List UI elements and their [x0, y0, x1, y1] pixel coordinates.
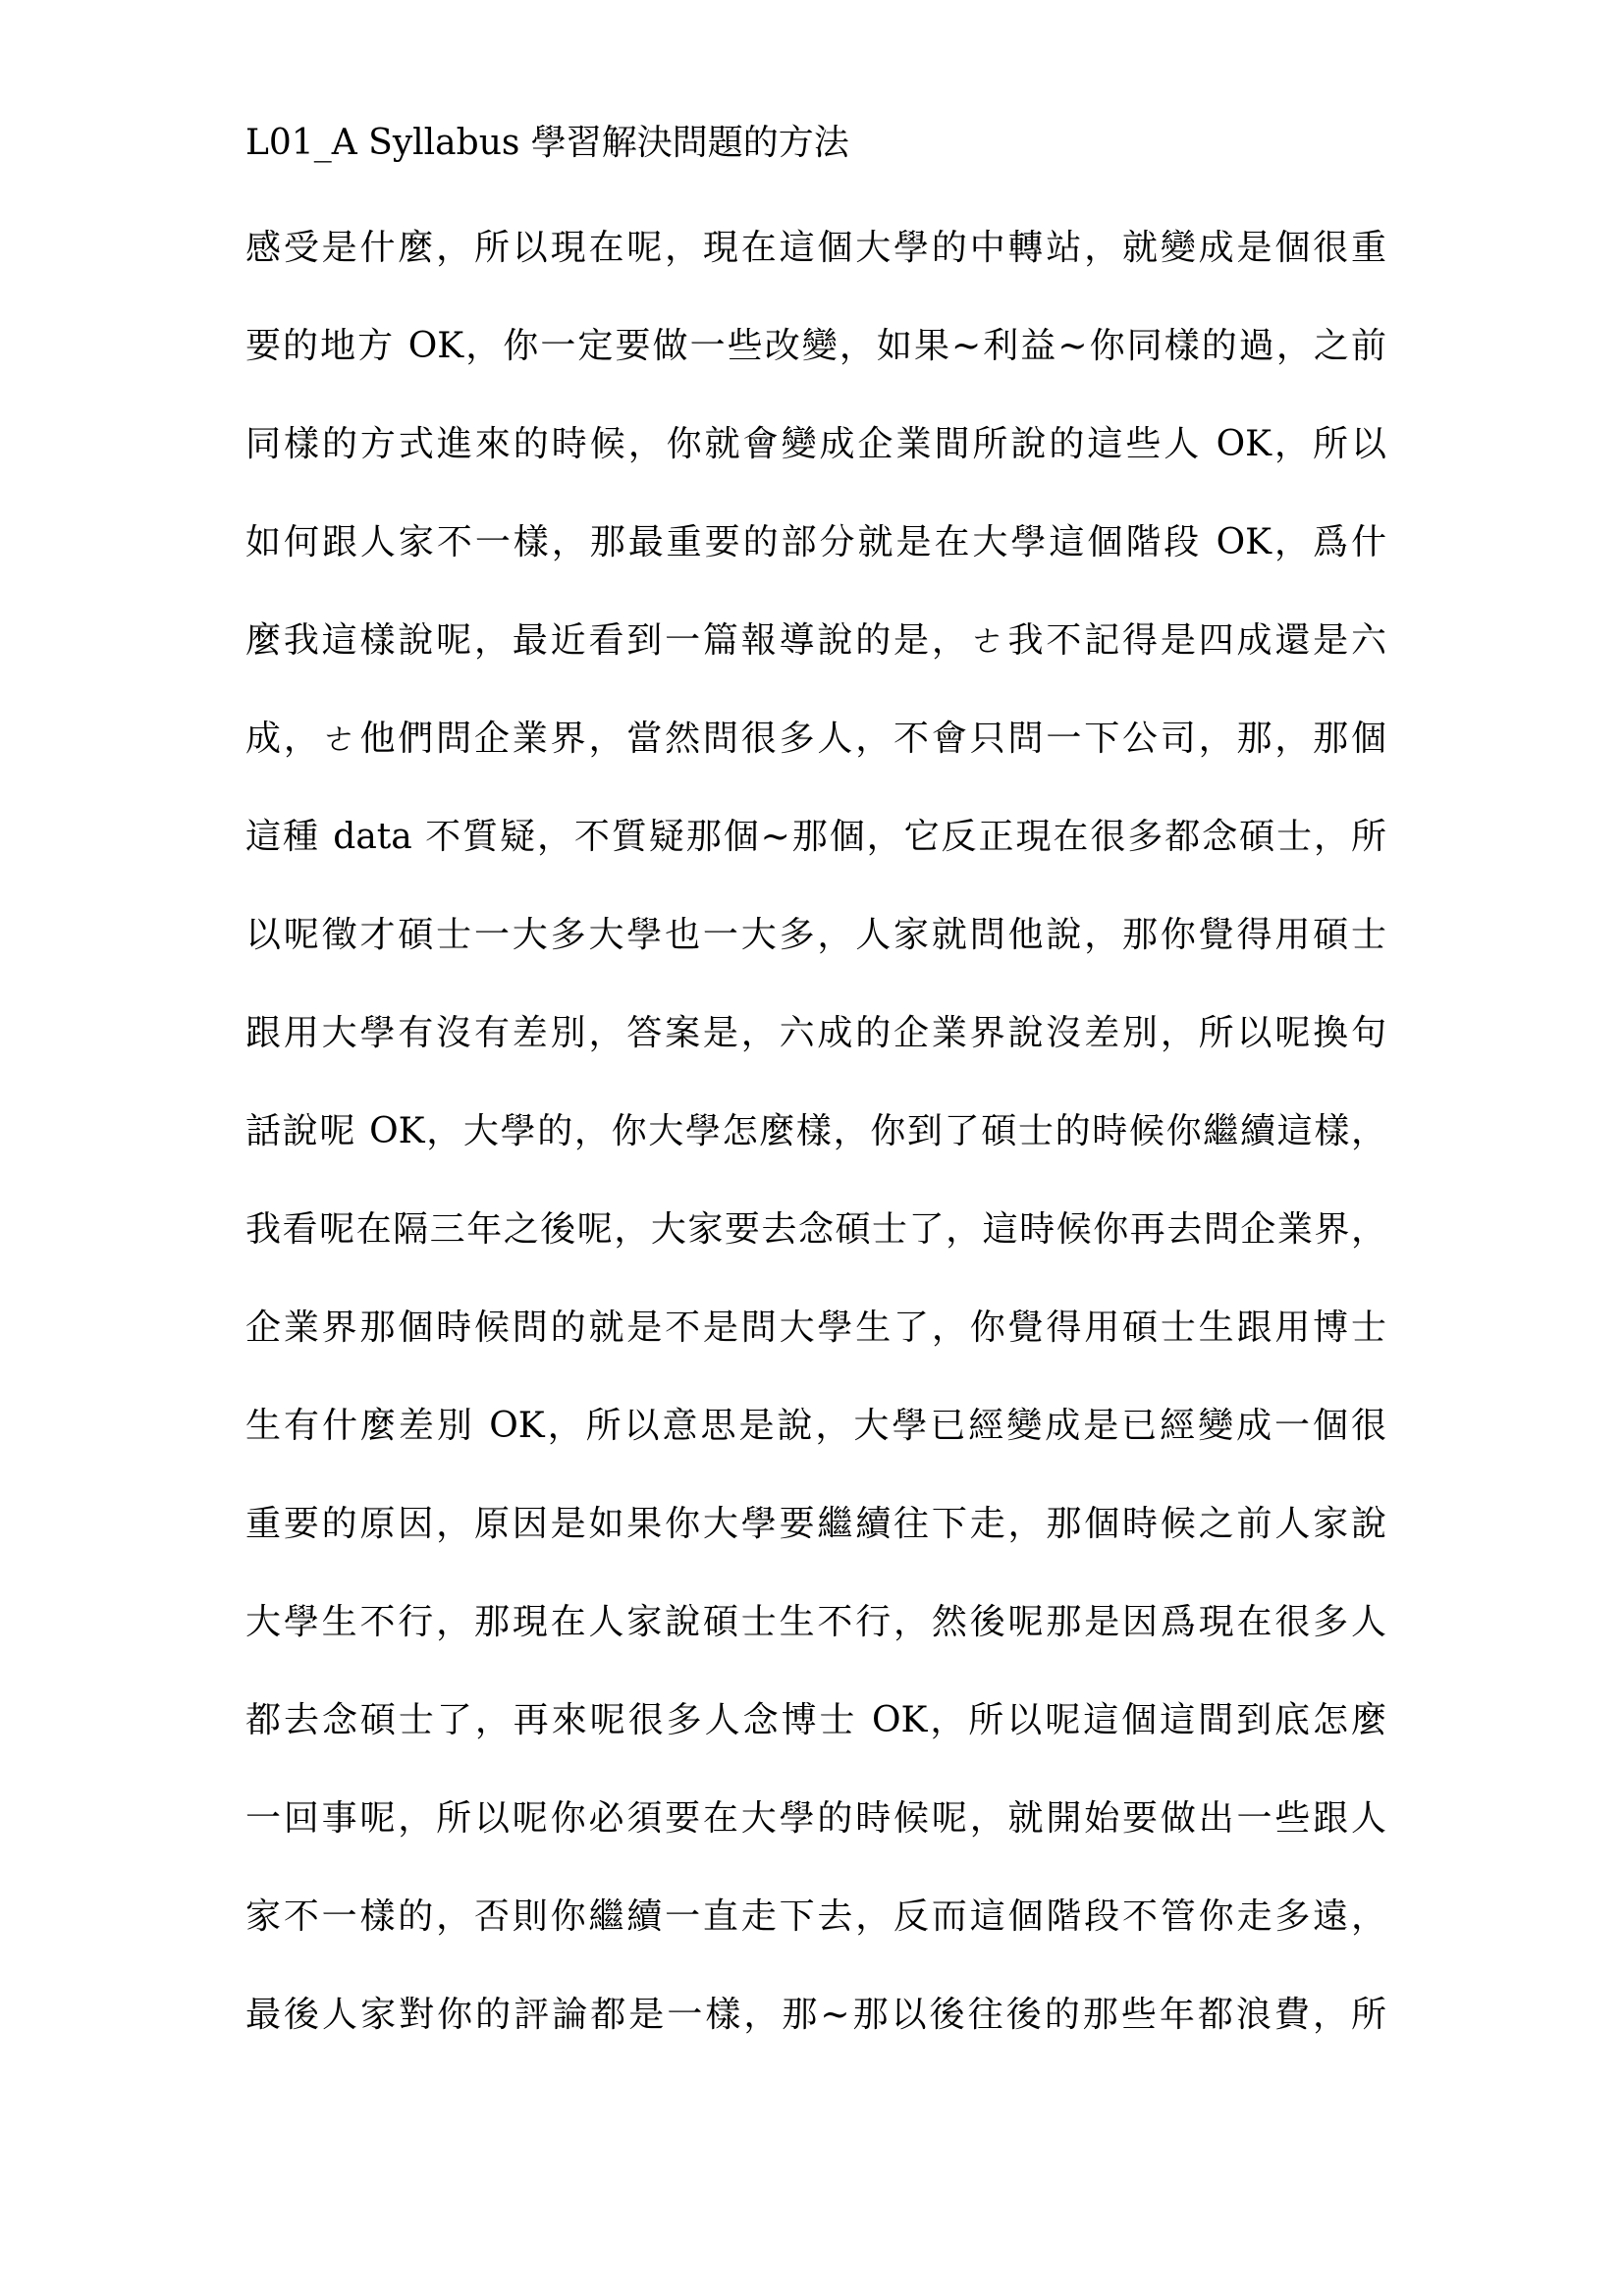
text-line: 生有什麼差別 OK，所以意思是說，大學已經變成是已經變成一個很: [245, 1400, 1386, 1498]
text-line: 一回事呢，所以呢你必須要在大學的時候呢，就開始要做出一些跟人: [245, 1792, 1386, 1891]
document-page: L01_A Syllabus 學習解決問題的方法 感受是什麼，所以現在呢，現在這…: [0, 0, 1624, 2296]
text-line: 企業界那個時候問的就是不是問大學生了，你覺得用碩士生跟用博士: [245, 1302, 1386, 1400]
text-line: 大學生不行，那現在人家說碩士生不行，然後呢那是因爲現在很多人: [245, 1596, 1386, 1694]
document-header: L01_A Syllabus 學習解決問題的方法: [245, 120, 849, 167]
text-line: 麼我這樣說呢，最近看到一篇報導說的是，ㄜ我不記得是四成還是六: [245, 614, 1386, 713]
text-line: 如何跟人家不一樣，那最重要的部分就是在大學這個階段 OK，爲什: [245, 516, 1386, 614]
text-line: 話說呢 OK，大學的，你大學怎麼樣，你到了碩士的時候你繼續這樣，: [245, 1105, 1386, 1203]
text-line: 以呢徵才碩士一大多大學也一大多，人家就問他說，那你覺得用碩士: [245, 909, 1386, 1007]
text-line: 感受是什麼，所以現在呢，現在這個大學的中轉站，就變成是個很重: [245, 222, 1386, 320]
text-line: 家不一樣的，否則你繼續一直走下去，反而這個階段不管你走多遠，: [245, 1891, 1386, 1989]
text-line: 要的地方 OK，你一定要做一些改變，如果~利益~你同樣的過，之前: [245, 320, 1386, 418]
text-line: 都去念碩士了，再來呢很多人念博士 OK，所以呢這個這間到底怎麼: [245, 1694, 1386, 1792]
text-line: 重要的原因，原因是如果你大學要繼續往下走，那個時候之前人家說: [245, 1498, 1386, 1596]
text-line: 跟用大學有沒有差別，答案是，六成的企業界說沒差別，所以呢換句: [245, 1007, 1386, 1105]
document-body: 感受是什麼，所以現在呢，現在這個大學的中轉站，就變成是個很重 要的地方 OK，你…: [245, 222, 1386, 2087]
text-line: 這種 data 不質疑，不質疑那個~那個，它反正現在很多都念碩士，所: [245, 811, 1386, 909]
text-line: 成，ㄜ他們問企業界，當然問很多人，不會只問一下公司，那，那個: [245, 713, 1386, 811]
text-line: 我看呢在隔三年之後呢，大家要去念碩士了，這時候你再去問企業界，: [245, 1203, 1386, 1302]
text-line: 最後人家對你的評論都是一樣，那~那以後往後的那些年都浪費，所: [245, 1989, 1386, 2087]
text-line: 同樣的方式進來的時候，你就會變成企業間所說的這些人 OK，所以: [245, 418, 1386, 516]
